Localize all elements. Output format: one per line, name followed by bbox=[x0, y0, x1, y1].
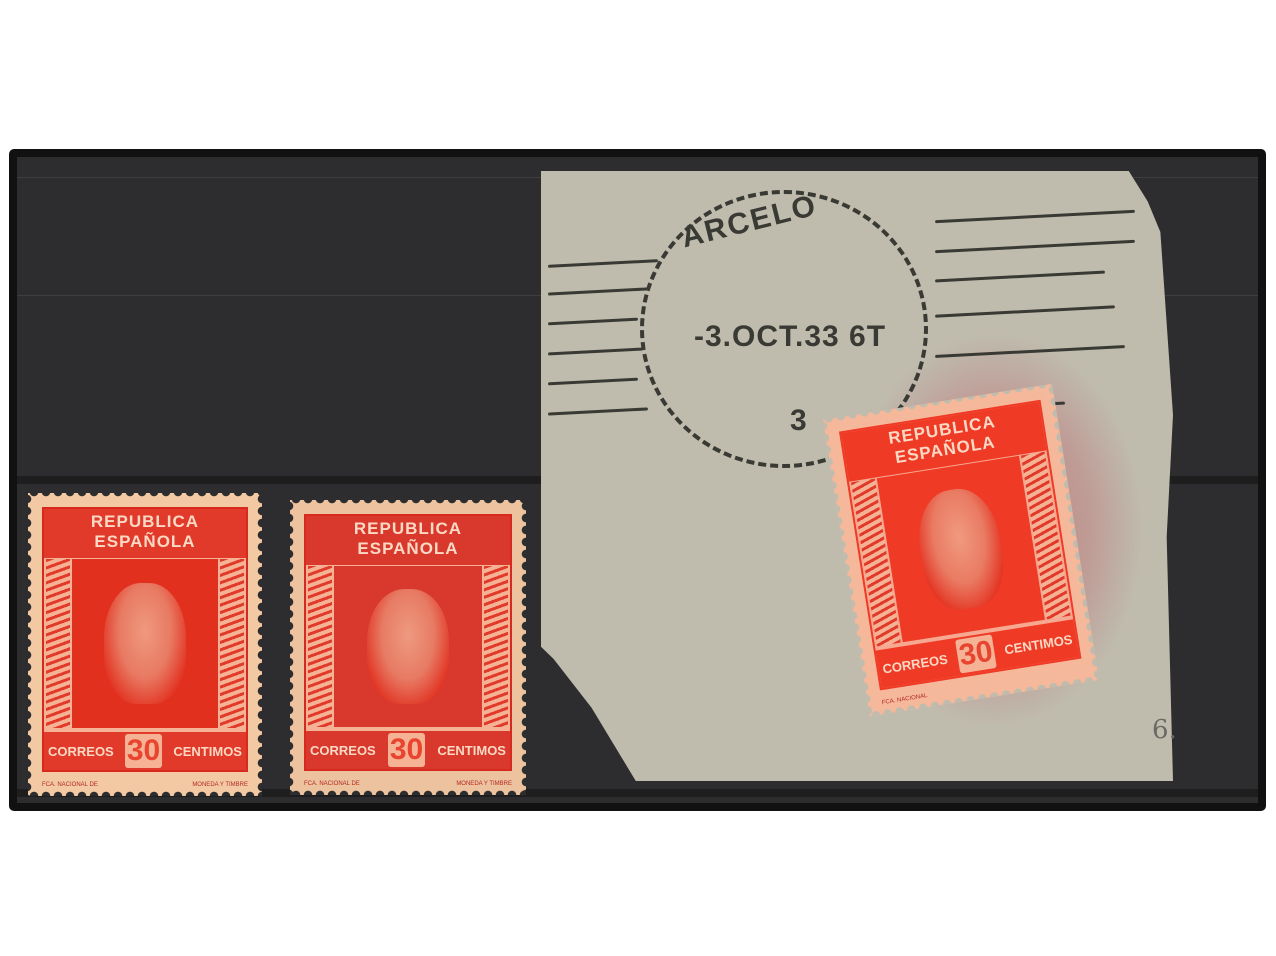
stamp-correos: CORREOS bbox=[48, 744, 114, 759]
portrait-head-icon bbox=[104, 583, 186, 705]
stamp-centimos: CENTIMOS bbox=[1003, 631, 1073, 657]
stamp-design: REPUBLICA ESPAÑOLA CORREOS 30 CENTIMOS bbox=[839, 400, 1081, 691]
postmark-number: 3 bbox=[790, 404, 807, 438]
portrait bbox=[877, 456, 1045, 642]
stamp-correos: CORREOS bbox=[310, 743, 376, 758]
laurel-right-icon bbox=[220, 559, 244, 728]
portrait bbox=[72, 559, 218, 728]
stamp-2: REPUBLICA ESPAÑOLA CORREOS 30 CENTIMOS F… bbox=[290, 500, 526, 795]
laurel-left-icon bbox=[46, 559, 70, 728]
postmark-date: -3.OCT.33 6T bbox=[694, 320, 886, 354]
portrait-head-icon bbox=[912, 484, 1010, 615]
stamp-value: 30 bbox=[125, 734, 162, 768]
stamp-centimos: CENTIMOS bbox=[437, 743, 506, 758]
laurel-left-icon bbox=[308, 566, 332, 727]
stamp-header-line2: ESPAÑOLA bbox=[306, 539, 510, 559]
imprint-left: FCA. NACIONAL DE bbox=[304, 781, 360, 787]
imprint-left: FCA. NACIONAL DE bbox=[42, 782, 98, 788]
portrait-head-icon bbox=[367, 589, 450, 705]
stamp-value: 30 bbox=[955, 634, 997, 673]
laurel-right-icon bbox=[484, 566, 508, 727]
stamp-centimos: CENTIMOS bbox=[173, 744, 242, 759]
imprint-right: MONEDA Y TIMBRE bbox=[192, 782, 248, 788]
stamp-value: 30 bbox=[388, 733, 425, 767]
stamp-footer: CORREOS 30 CENTIMOS bbox=[306, 731, 510, 769]
stamp-header-line1: REPUBLICA bbox=[306, 519, 510, 539]
stamp-3: REPUBLICA ESPAÑOLA CORREOS 30 CENTIMOS F… bbox=[823, 384, 1099, 717]
pencil-note: 6. bbox=[1152, 715, 1177, 745]
stamp-1: REPUBLICA ESPAÑOLA CORREOS 30 CENTIMOS F… bbox=[28, 493, 262, 796]
stamp-design: REPUBLICA ESPAÑOLA CORREOS 30 CENTIMOS bbox=[42, 507, 248, 772]
stamp-header: REPUBLICA ESPAÑOLA bbox=[44, 509, 246, 558]
stamp-footer: CORREOS 30 CENTIMOS bbox=[44, 732, 246, 770]
stamp-imprint: FCA. NACIONAL DE MONEDA Y TIMBRE bbox=[304, 781, 512, 787]
stamp-header-line2: ESPAÑOLA bbox=[44, 532, 246, 552]
imprint-right: MONEDA Y TIMBRE bbox=[456, 781, 512, 787]
stamp-imprint: FCA. NACIONAL DE MONEDA Y TIMBRE bbox=[42, 782, 248, 788]
stamp-header: REPUBLICA ESPAÑOLA bbox=[306, 516, 510, 565]
stamp-design: REPUBLICA ESPAÑOLA CORREOS 30 CENTIMOS bbox=[304, 514, 512, 771]
portrait bbox=[334, 566, 482, 727]
stamp-header-line1: REPUBLICA bbox=[44, 512, 246, 532]
stamp-correos: CORREOS bbox=[881, 651, 948, 676]
